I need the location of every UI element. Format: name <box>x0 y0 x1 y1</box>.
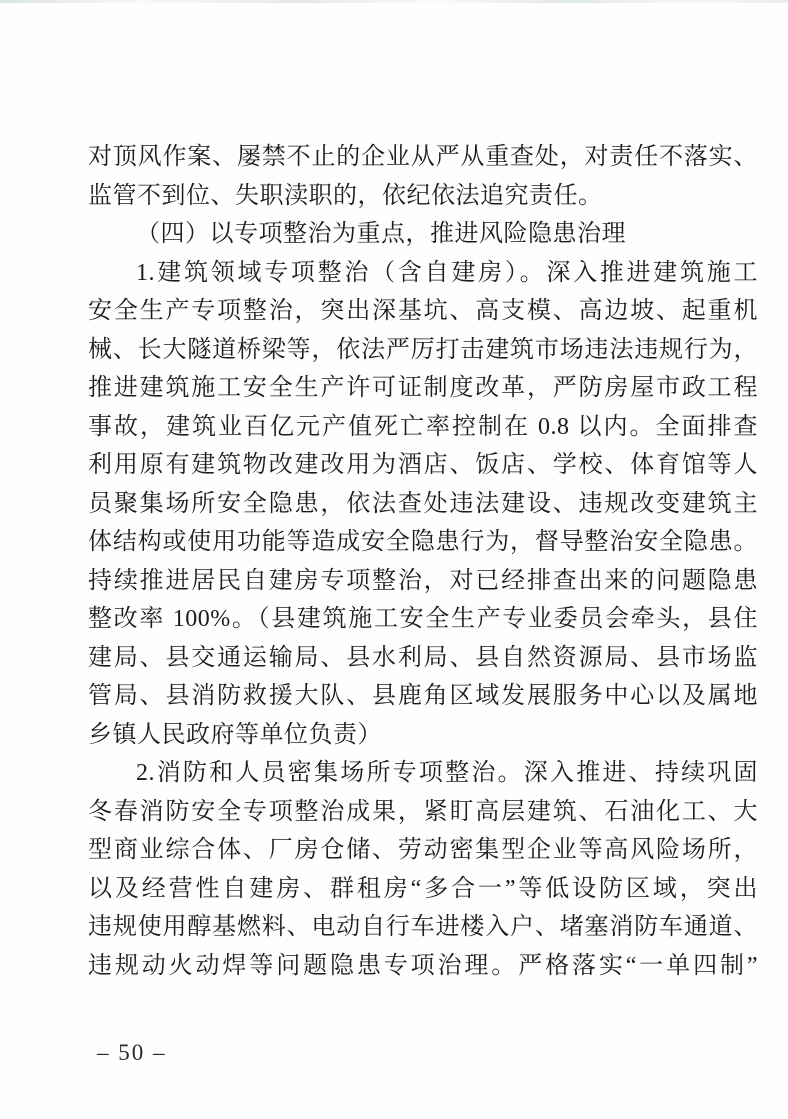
text-line: 监管不到位、失职渎职的，依纪依法追究责任。 <box>88 177 758 216</box>
text-line: 违规使用醇基燃料、电动自行车进楼入户、堵塞消防车通道、 <box>88 908 758 947</box>
text-line: 乡镇人民政府等单位负责） <box>88 716 758 755</box>
text-line: 建局、县交通运输局、县水利局、县自然资源局、县市场监 <box>88 639 758 678</box>
text-line: 持续推进居民自建房专项整治，对已经排查出来的问题隐患 <box>88 562 758 601</box>
scan-artifact-top-edge <box>0 0 788 3</box>
text-line: 推进建筑施工安全生产许可证制度改革，严防房屋市政工程 <box>88 369 758 408</box>
document-text-block: 对顶风作案、屡禁不止的企业从严从重查处，对责任不落实、 监管不到位、失职渎职的，… <box>88 138 758 985</box>
text-line: 整改率 100%。（县建筑施工安全生产专业委员会牵头，县住 <box>88 600 758 639</box>
text-line: 械、长大隧道桥梁等，依法严厉打击建筑市场违法违规行为， <box>88 331 758 370</box>
document-page: 对顶风作案、屡禁不止的企业从严从重查处，对责任不落实、 监管不到位、失职渎职的，… <box>0 0 788 1119</box>
text-line: 体结构或使用功能等造成安全隐患行为，督导整治安全隐患。 <box>88 523 758 562</box>
text-line: 事故，建筑业百亿元产值死亡率控制在 0.8 以内。全面排查 <box>88 408 758 447</box>
text-line: 以及经营性自建房、群租房“多合一”等低设防区域，突出 <box>88 870 758 909</box>
page-number: – 50 – <box>97 1040 167 1066</box>
text-line: 利用原有建筑物改建改用为酒店、饭店、学校、体育馆等人 <box>88 446 758 485</box>
text-line: 冬春消防安全专项整治成果，紧盯高层建筑、石油化工、大 <box>88 793 758 832</box>
text-line: 1.建筑领域专项整治（含自建房）。深入推进建筑施工 <box>88 254 758 293</box>
section-heading: （四）以专项整治为重点，推进风险隐患治理 <box>88 215 758 254</box>
text-line: 对顶风作案、屡禁不止的企业从严从重查处，对责任不落实、 <box>88 138 758 177</box>
text-line: 安全生产专项整治，突出深基坑、高支模、高边坡、起重机 <box>88 292 758 331</box>
text-line: 型商业综合体、厂房仓储、劳动密集型企业等高风险场所， <box>88 831 758 870</box>
text-line: 管局、县消防救援大队、县鹿角区域发展服务中心以及属地 <box>88 677 758 716</box>
text-line: 员聚集场所安全隐患，依法查处违法建设、违规改变建筑主 <box>88 485 758 524</box>
text-line: 2.消防和人员密集场所专项整治。深入推进、持续巩固 <box>88 754 758 793</box>
text-line: 违规动火动焊等问题隐患专项治理。严格落实“一单四制” <box>88 947 758 986</box>
